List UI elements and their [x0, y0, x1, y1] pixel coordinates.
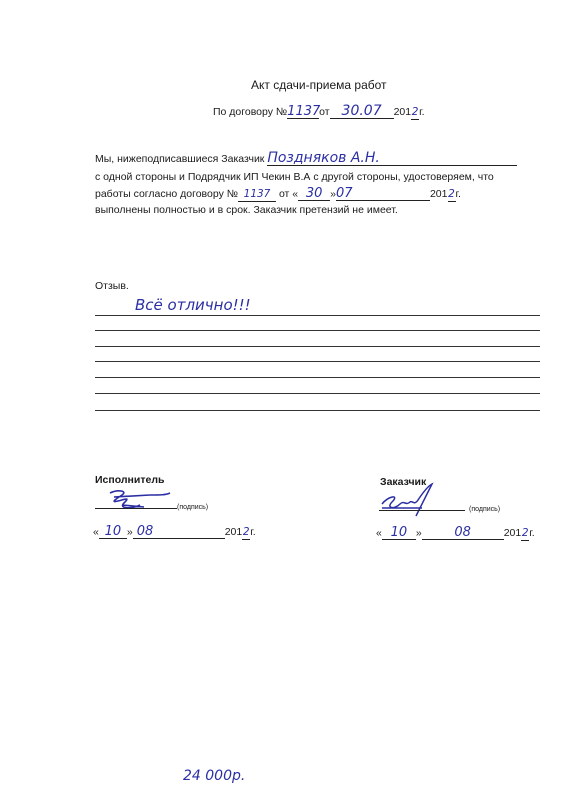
contract-from-label: от [319, 106, 329, 118]
executor-month-field: 08 [133, 525, 225, 539]
executor-year-prefix: 201 [225, 526, 243, 538]
customer-day-field: 10 [382, 526, 416, 540]
review-line [95, 377, 540, 378]
review-line [95, 361, 540, 362]
review-line [95, 410, 540, 411]
customer-signature-line [379, 510, 465, 511]
contract-number-field: 1137 [287, 105, 319, 119]
review-line [95, 346, 540, 347]
customer-year-suffix: г. [529, 527, 534, 539]
contract-year-digit: 2 [411, 106, 419, 120]
executor-signature-row: (подпись) [95, 500, 208, 512]
customer-signature-caption: (подпись) [469, 506, 500, 513]
body-line-1: Мы, нижеподписавшиеся Заказчик Поздняков… [95, 152, 517, 166]
executor-year-suffix: г. [250, 526, 255, 538]
body-from-label: от « [279, 188, 298, 200]
body-day-field: 30 [298, 187, 330, 201]
body-line-3: работы согласно договору №1137 от «30»07… [95, 187, 461, 202]
document-title: Акт сдачи-приема работ [251, 78, 387, 92]
body-year-prefix: 201 [430, 188, 448, 200]
body-year-digit: 2 [448, 188, 456, 202]
review-label: Отзыв. [95, 280, 129, 292]
review-line [95, 330, 540, 331]
body-line-2: с одной стороны и Подрядчик ИП Чекин В.А… [95, 171, 494, 183]
executor-signature-caption: (подпись) [177, 504, 208, 511]
contract-prefix: По договору № [213, 106, 287, 118]
body-line-3-prefix: работы согласно договору № [95, 188, 238, 200]
body-line-1-prefix: Мы, нижеподписавшиеся Заказчик [95, 153, 264, 165]
customer-month-field: 08 [422, 526, 504, 540]
contract-date-field: 30.07 [330, 105, 394, 119]
body-contract-number: 1137 [238, 188, 276, 202]
executor-date: «10»082012г. [93, 525, 256, 540]
review-line [95, 393, 540, 394]
contract-year-prefix: 201 [394, 106, 412, 118]
executor-day-field: 10 [99, 525, 127, 539]
customer-signature-icon [378, 482, 438, 520]
customer-year-prefix: 201 [504, 527, 522, 539]
body-month-field: 07 [336, 187, 430, 201]
executor-label: Исполнитель [95, 474, 164, 486]
customer-signature-row: (подпись) [379, 502, 500, 514]
review-line [95, 315, 540, 316]
contract-line: По договору №1137от30.072012г. [213, 105, 425, 120]
amount-note: 24 000р. [183, 768, 245, 784]
review-text: Всё отлично!!! [135, 296, 251, 314]
body-line-4: выполнены полностью и в срок. Заказчик п… [95, 204, 398, 216]
customer-name-field: Поздняков А.Н. [267, 152, 517, 166]
executor-signature-line [95, 508, 177, 509]
contract-year-suffix: г. [419, 106, 424, 118]
customer-date: «10»082012г. [376, 526, 535, 541]
body-year-suffix: г. [456, 188, 461, 200]
